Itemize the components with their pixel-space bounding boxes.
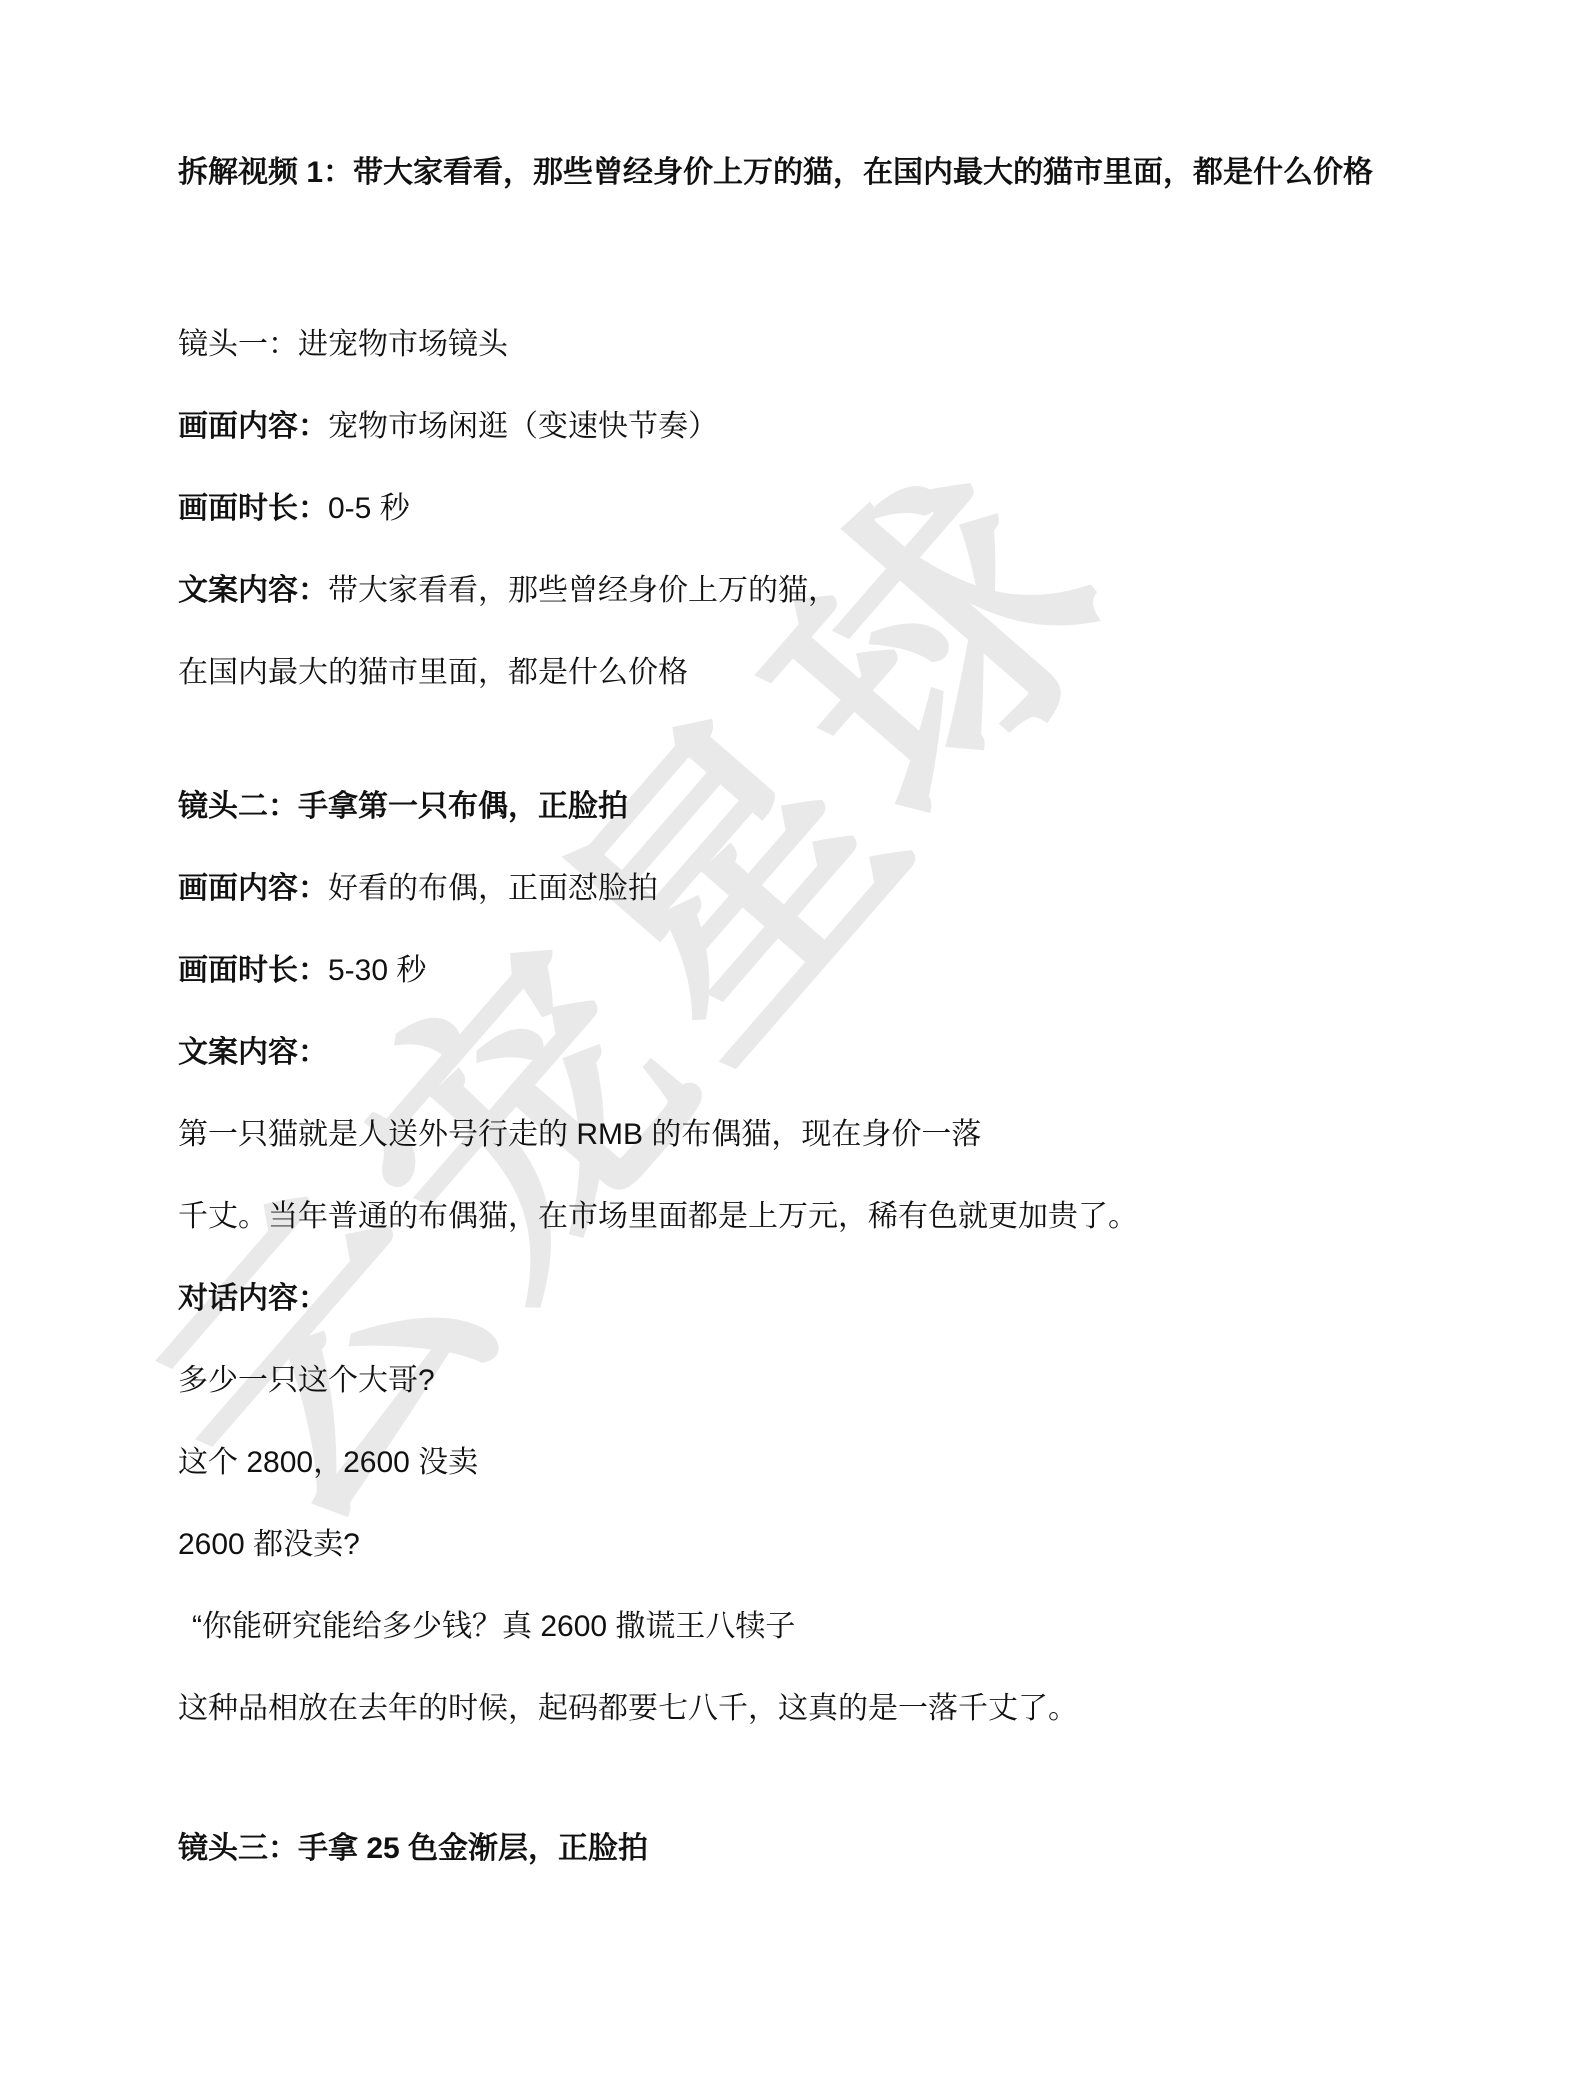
shot2-duration-line: 画面时长：5-30 秒 xyxy=(178,950,1447,992)
shot2-dialog-line-5: 这种品相放在去年的时候，起码都要七八千，这真的是一落千丈了。 xyxy=(178,1688,1447,1730)
shot2-dialog-line-4: “你能研究能给多少钱？真 2600 撒谎王八犊子 xyxy=(178,1606,1447,1648)
shot2-copy-line-2: 千丈。当年普通的布偶猫，在市场里面都是上万元，稀有色就更加贵了。 xyxy=(178,1196,1447,1238)
shot1-copy-line: 文案内容：带大家看看，那些曾经身价上万的猫， xyxy=(178,570,1447,612)
shot2-dialog-line-3: 2600 都没卖? xyxy=(178,1524,1447,1566)
shot2-duration-label: 画面时长： xyxy=(178,954,328,987)
shot1-copy-label: 文案内容： xyxy=(178,574,328,607)
document-page: 云宠星球 拆解视频 1：带大家看看，那些曾经身价上万的猫，在国内最大的猫市里面，… xyxy=(0,0,1587,2095)
shot2-dialog-line-1: 多少一只这个大哥? xyxy=(178,1360,1447,1402)
shot1-copy-line-2: 在国内最大的猫市里面，都是什么价格 xyxy=(178,652,1447,694)
shot2-copy-label: 文案内容： xyxy=(178,1032,1447,1074)
shot1-visual-label: 画面内容： xyxy=(178,410,328,443)
shot1-duration-line: 画面时长：0-5 秒 xyxy=(178,488,1447,530)
shot3-heading: 镜头三：手拿 25 色金渐层，正脸拍 xyxy=(178,1828,1447,1870)
shot1-duration-label: 画面时长： xyxy=(178,492,328,525)
shot2-duration-text: 5-30 秒 xyxy=(328,954,426,987)
shot2-visual-line: 画面内容：好看的布偶，正面怼脸拍 xyxy=(178,868,1447,910)
shot2-dialog-label: 对话内容： xyxy=(178,1278,1447,1320)
shot1-duration-text: 0-5 秒 xyxy=(328,492,410,525)
shot2-visual-label: 画面内容： xyxy=(178,872,328,905)
shot1-visual-text: 宠物市场闲逛（变速快节奏） xyxy=(328,410,718,443)
page-title: 拆解视频 1：带大家看看，那些曾经身价上万的猫，在国内最大的猫市里面，都是什么价… xyxy=(178,152,1447,194)
shot2-copy-line-1: 第一只猫就是人送外号行走的 RMB 的布偶猫，现在身价一落 xyxy=(178,1114,1447,1156)
shot1-visual-line: 画面内容：宠物市场闲逛（变速快节奏） xyxy=(178,406,1447,448)
shot2-dialog-line-2: 这个 2800，2600 没卖 xyxy=(178,1442,1447,1484)
shot1-heading: 镜头一：进宠物市场镜头 xyxy=(178,324,1447,366)
shot2-heading: 镜头二：手拿第一只布偶，正脸拍 xyxy=(178,786,1447,828)
shot1-copy-text-1: 带大家看看，那些曾经身价上万的猫， xyxy=(328,574,838,607)
shot2-visual-text: 好看的布偶，正面怼脸拍 xyxy=(328,872,658,905)
document-content: 拆解视频 1：带大家看看，那些曾经身价上万的猫，在国内最大的猫市里面，都是什么价… xyxy=(0,0,1587,1870)
